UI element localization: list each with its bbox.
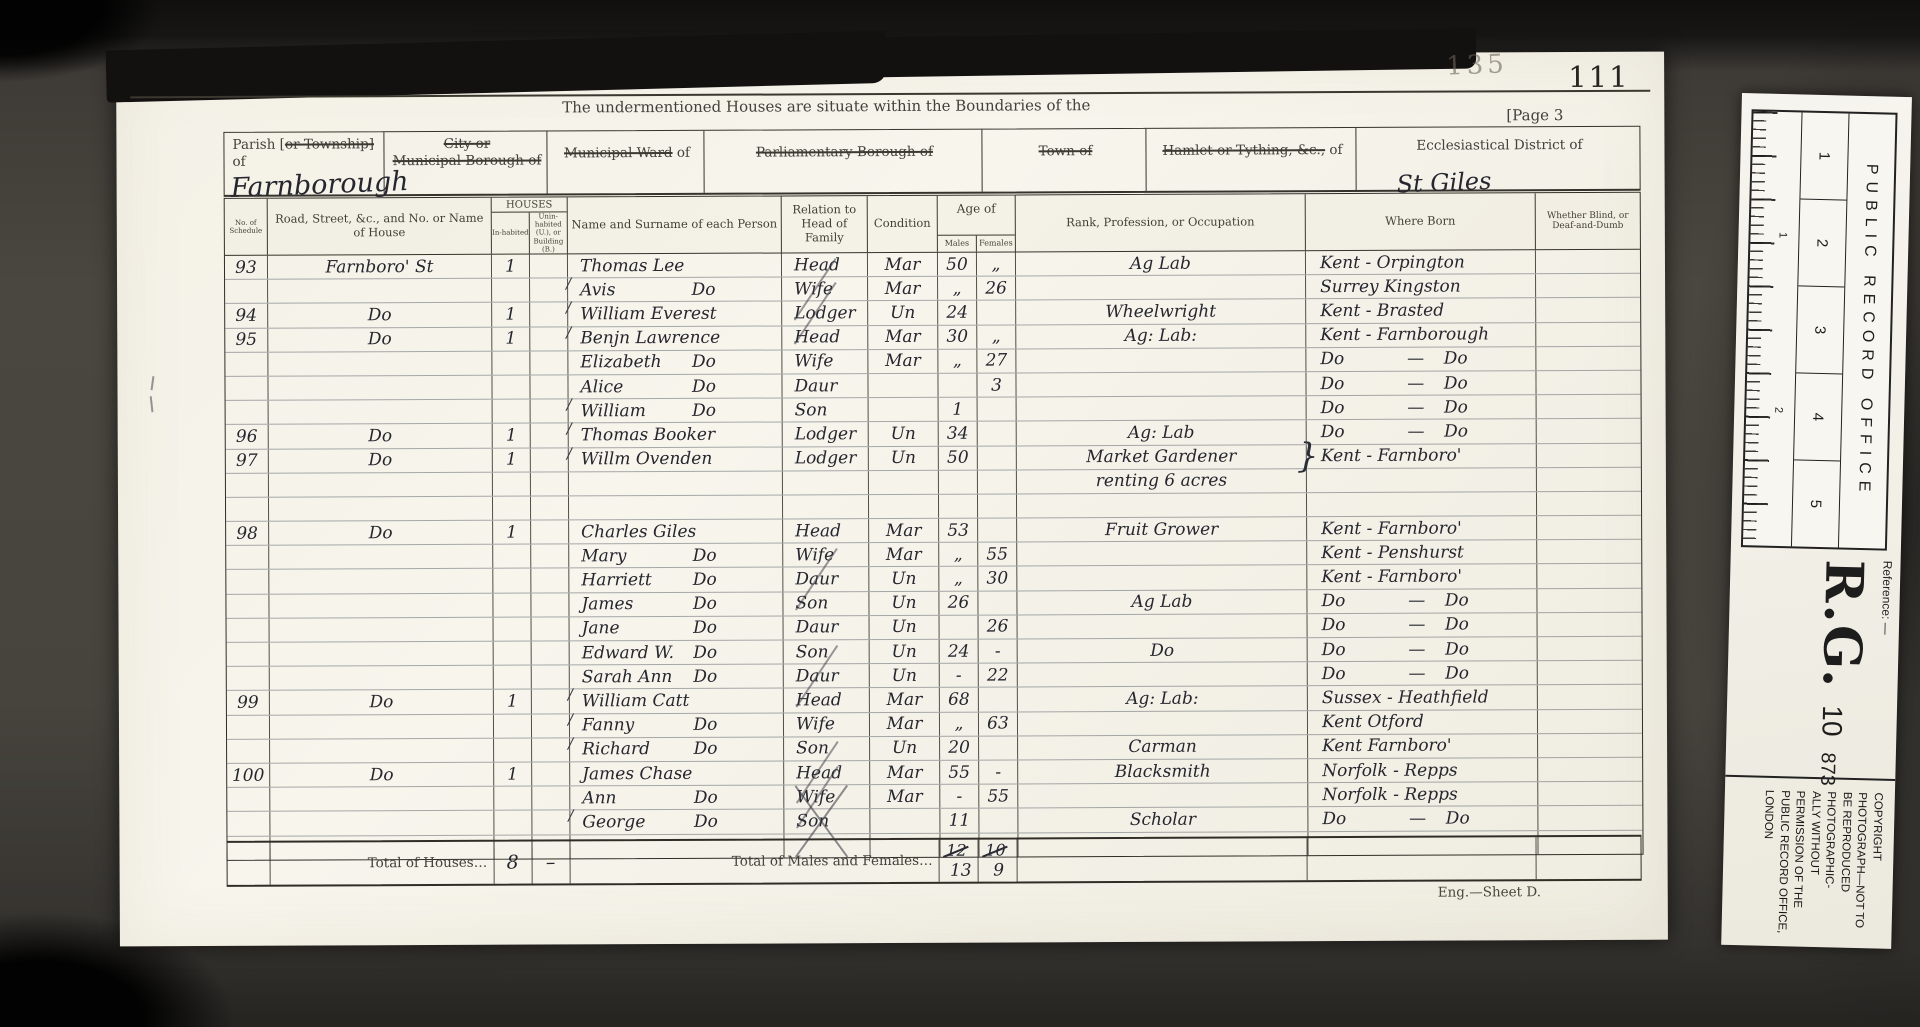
born-value: Surrey Kingston — [1320, 276, 1461, 297]
born-ditto: Do — [1444, 349, 1468, 369]
cell-schedule-number — [227, 667, 270, 690]
cell-uninhabited — [530, 327, 568, 350]
cell-schedule-number — [227, 739, 270, 762]
header-houses: HOUSES — [492, 197, 567, 212]
cell-relation: Head — [782, 253, 868, 277]
cell-inhabited: 1 — [492, 303, 530, 326]
cell-inhabited — [493, 496, 531, 519]
cell-age-female: 55 — [979, 785, 1018, 808]
relation-value: Wife — [795, 545, 834, 565]
cell-road — [269, 545, 493, 569]
inhabited-value: 1 — [505, 256, 516, 276]
cell-name: ∕Willm Ovenden — [569, 447, 783, 471]
cell-name: ∕RichardDo — [570, 737, 784, 761]
person-name: James — [581, 594, 633, 614]
cell-name: Sarah AnnDo — [570, 665, 784, 689]
parliamentary-borough-cell: Parliamentary Borough of — [704, 130, 982, 193]
header-age-group: Age of Males Females — [938, 195, 1016, 251]
cell-blind — [1536, 346, 1640, 370]
cell-where-born: }Kent - Farnboro' — [1307, 444, 1537, 468]
cell-age-female — [978, 446, 1017, 469]
cell-road: Do — [269, 521, 493, 545]
cell-inhabited — [494, 666, 532, 689]
cell-road — [270, 618, 494, 642]
cell-schedule-number — [227, 715, 270, 738]
cell-age-female: - — [979, 639, 1018, 662]
cell-name: ∕Benjn Lawrence — [568, 326, 782, 350]
person-name-ditto: Do — [693, 642, 717, 662]
cell-age-male: „ — [939, 543, 978, 566]
cell-road — [270, 666, 494, 690]
cell-age-female: 3 — [977, 373, 1016, 396]
road-value: Do — [368, 305, 392, 325]
cell-inhabited: 1 — [493, 424, 531, 447]
cell-inhabited: 1 — [493, 521, 531, 544]
cell-relation: Son — [784, 737, 870, 761]
condition-value: Mar — [886, 521, 922, 541]
cell-uninhabited — [531, 448, 569, 471]
occupation-value: Ag: Lab: — [1125, 326, 1197, 346]
census-page: 135 111 The undermentioned Houses are si… — [116, 52, 1668, 947]
born-value: Do — [1321, 422, 1345, 442]
age-male-value: 55 — [948, 762, 970, 782]
cell-where-born: Kent - Farnboro' — [1307, 516, 1537, 540]
person-name: Thomas Lee — [580, 255, 684, 275]
person-name-ditto: Do — [692, 280, 716, 300]
cell-age-female — [978, 519, 1017, 542]
born-value: Norfolk - Repps — [1322, 784, 1457, 805]
ecclesiastical-value: St Giles — [1396, 166, 1492, 200]
cell-where-born — [1307, 468, 1537, 492]
cell-blind — [1536, 274, 1640, 298]
ecclesiastical-label: Ecclesiastical District of — [1416, 137, 1582, 154]
cell-age-male: 24 — [940, 640, 979, 663]
enumeration-table: No. ofSchedule Road, Street, &c., and No… — [224, 192, 1644, 861]
reference-piece: 10 — [1815, 705, 1848, 737]
cell-schedule-number: 95 — [225, 328, 268, 351]
cell-road: Do — [269, 424, 493, 448]
cell-inhabited — [493, 472, 531, 495]
relation-value: Wife — [796, 787, 835, 807]
cell-relation: Son — [783, 592, 869, 616]
cell-road: Do — [270, 763, 494, 787]
header-houses-group: HOUSES In-habited Unin-habited (U.), or … — [492, 197, 568, 253]
cell-condition: Mar — [870, 688, 940, 711]
totals-schedule-cell — [227, 843, 270, 885]
born-ditto: Do — [1445, 591, 1469, 611]
person-name-ditto: Do — [694, 739, 718, 759]
cell-occupation: Ag: Lab: — [1018, 687, 1308, 711]
age-male-value: 1 — [952, 399, 963, 419]
header-uninhabited: Unin-habited (U.), or Building (B.) — [530, 212, 567, 253]
person-name: Jane — [582, 619, 620, 639]
totals-males-struck: 12 — [946, 841, 966, 860]
age-male-value: 53 — [947, 520, 969, 540]
cell-road — [269, 569, 493, 593]
cell-schedule-number: 93 — [225, 256, 268, 279]
age-male-value: 24 — [948, 641, 970, 661]
photograph-of-census-page: { "colors": {"paper": "#f5f2e9", "ink": … — [0, 0, 1920, 1027]
city-borough-cell: City or Municipal Borough of — [384, 132, 547, 195]
cell-occupation — [1018, 662, 1308, 686]
cell-occupation: Market Gardener — [1017, 445, 1307, 469]
cell-relation: Son — [784, 640, 870, 664]
cell-schedule-number: 99 — [227, 691, 270, 714]
cell-uninhabited — [532, 617, 570, 640]
cell-age-male: „ — [938, 349, 977, 372]
cell-road: Farnboro' St — [268, 255, 492, 279]
born-value: Do — [1320, 349, 1344, 369]
cell-blind — [1537, 540, 1641, 564]
relation-value: Son — [796, 642, 829, 662]
cell-inhabited — [493, 569, 531, 592]
born-ditto-dash: — — [1409, 809, 1425, 829]
cell-condition: Mar — [869, 519, 939, 542]
occupation-value: Fruit Grower — [1105, 519, 1218, 539]
cell-inhabited — [492, 279, 530, 302]
born-value: Kent - Penshurst — [1321, 542, 1464, 563]
cell-road — [270, 738, 494, 762]
age-female-value: 3 — [991, 375, 1002, 395]
condition-value: Un — [891, 448, 916, 468]
person-name-ditto: Do — [692, 400, 716, 420]
cell-schedule-number — [225, 377, 268, 400]
cell-name: James Chase — [570, 761, 784, 785]
cell-schedule-number — [226, 546, 269, 569]
cell-uninhabited — [532, 714, 570, 737]
cell-age-female — [978, 591, 1017, 614]
person-name: William Everest — [580, 304, 716, 325]
person-name: Thomas Booker — [581, 425, 715, 446]
condition-value: Mar — [885, 254, 921, 274]
city-label-line1: City or — [444, 136, 491, 152]
cell-name: AnnDo — [570, 786, 784, 810]
road-value: Do — [368, 450, 392, 470]
header-born: Where Born — [1306, 193, 1536, 250]
cell-road — [268, 351, 492, 375]
cell-relation: Daur — [783, 568, 869, 592]
age-female-value: 30 — [986, 569, 1008, 589]
cell-uninhabited — [531, 400, 569, 423]
faint-folio-number: 135 — [1446, 49, 1509, 81]
town-label-struck: Town of — [1039, 143, 1093, 159]
condition-value: Mar — [887, 787, 923, 807]
pro-strip-content: PUBLIC RECORD OFFICE 1 2 3 4 5 1 2 Refer… — [1721, 93, 1912, 949]
cell-road: Do — [269, 448, 493, 472]
header-blind: Whether Blind, or Deaf-and-Dumb — [1536, 193, 1640, 249]
occupation-value: Ag: Lab — [1128, 423, 1195, 443]
cell-blind — [1538, 733, 1642, 757]
age-female-value: - — [995, 762, 1001, 782]
cell-uninhabited — [532, 787, 570, 810]
cell-relation: Head — [783, 519, 869, 543]
cell-age-female — [978, 398, 1017, 421]
totals-houses-value: 8 — [494, 852, 531, 874]
age-male-value: 24 — [946, 303, 968, 323]
relation-value: Son — [795, 593, 828, 613]
age-male-value: 26 — [948, 593, 970, 613]
fine-ruler-number: 2 — [1772, 407, 1784, 413]
cell-condition: Un — [870, 664, 940, 687]
condition-value: Mar — [886, 545, 922, 565]
cell-schedule-number — [227, 619, 270, 642]
occupation-value: Scholar — [1130, 810, 1196, 830]
cell-blind — [1538, 613, 1642, 637]
header-inhabited: In-habited — [492, 213, 530, 254]
header-name: Name and Surname of each Person — [568, 196, 782, 253]
city-label-line2: Municipal Borough of — [393, 152, 542, 169]
condition-value: Un — [892, 666, 917, 686]
cell-name: Charles Giles — [569, 520, 783, 544]
born-ditto-dash: — — [1407, 373, 1423, 393]
cell-schedule-number — [227, 643, 270, 666]
born-value: Do — [1322, 615, 1346, 635]
cell-age-male — [939, 470, 978, 493]
occupation-value: Do — [1150, 640, 1174, 660]
pro-reference-box: Reference: — R.G. 10 873 — [1725, 547, 1901, 781]
cell-age-female: 26 — [977, 277, 1016, 300]
born-ditto-dash: — — [1407, 349, 1423, 369]
cell-where-born: Do—Do — [1308, 806, 1538, 830]
schedule-number: 95 — [235, 330, 257, 350]
born-ditto: Do — [1444, 397, 1468, 417]
born-value: Norfolk - Repps — [1322, 760, 1457, 781]
relation-value: Daur — [794, 376, 837, 396]
cell-age-female: „ — [977, 252, 1016, 275]
cell-where-born: Norfolk - Repps — [1308, 758, 1538, 782]
cell-condition: Un — [870, 737, 940, 760]
header-schedule: No. ofSchedule — [225, 199, 268, 255]
person-name: Avis — [580, 280, 615, 300]
person-name: Willm Ovenden — [581, 449, 713, 470]
cell-where-born: Norfolk - Repps — [1308, 782, 1538, 806]
enumerator-check-mark: ∕ — [567, 396, 572, 414]
cell-occupation — [1016, 348, 1306, 372]
cell-condition: Un — [869, 591, 939, 614]
cell-inhabited — [494, 787, 532, 810]
cell-age-female: „ — [977, 325, 1016, 348]
cell-uninhabited — [532, 811, 570, 834]
cell-age-female: 22 — [979, 664, 1018, 687]
born-value: Do — [1322, 664, 1346, 684]
person-name-ditto: Do — [693, 667, 717, 687]
totals-uninhabited-cell: – — [532, 841, 570, 883]
cell-condition — [870, 809, 940, 832]
cell-inhabited — [494, 642, 532, 665]
cell-blind — [1536, 250, 1640, 274]
cell-blind — [1537, 492, 1641, 516]
cell-road — [269, 497, 493, 521]
cell-schedule-number: 94 — [225, 304, 268, 327]
cell-where-born: Do—Do — [1306, 371, 1536, 395]
cell-relation: Son — [784, 809, 870, 833]
cell-blind — [1537, 395, 1641, 419]
cell-name: MaryDo — [569, 544, 783, 568]
age-male-value: „ — [955, 714, 964, 734]
inhabited-value: 1 — [507, 692, 518, 712]
cell-occupation: Wheelwright — [1016, 300, 1306, 324]
born-ditto-dash: — — [1408, 591, 1424, 611]
cell-occupation: Ag: Lab — [1017, 421, 1307, 445]
cell-age-male: „ — [939, 567, 978, 590]
schedule-number: 99 — [237, 693, 259, 713]
person-name-ditto: Do — [693, 570, 717, 590]
cell-schedule-number — [226, 473, 269, 496]
ward-label-struck: Municipal Ward — [564, 145, 673, 161]
condition-value: Mar — [887, 762, 923, 782]
person-name-ditto: Do — [692, 376, 716, 396]
cell-relation — [783, 471, 869, 495]
born-value: Do — [1321, 398, 1345, 418]
cell-condition: Mar — [870, 761, 940, 784]
condition-value: Un — [892, 738, 917, 758]
cell-occupation: Scholar — [1018, 807, 1308, 831]
cell-relation: Wife — [782, 277, 868, 301]
cell-occupation: Do — [1018, 638, 1308, 662]
ward-label-post: of — [673, 145, 690, 161]
header-occupation: Rank, Profession, or Occupation — [1016, 194, 1306, 251]
born-ditto-dash: — — [1407, 422, 1423, 442]
ruler-number: 4 — [1794, 373, 1842, 461]
cell-where-born: Do—Do — [1306, 347, 1536, 371]
parliamentary-label-struck: Parliamentary Borough of — [756, 144, 933, 161]
condition-value: Un — [891, 593, 916, 613]
cell-road — [270, 642, 494, 666]
cell-blind — [1538, 709, 1642, 733]
reference-series: R.G. — [1810, 559, 1874, 690]
header-relation: Relation to Head of Family — [782, 196, 868, 252]
cell-uninhabited — [532, 738, 570, 761]
cell-inhabited: 1 — [492, 255, 530, 278]
cell-age-male — [938, 374, 977, 397]
photo-dark-band — [716, 28, 1477, 79]
cell-name: ∕WilliamDo — [569, 399, 783, 423]
road-value: Do — [368, 426, 392, 446]
cell-age-female — [979, 736, 1018, 759]
cell-schedule-number: 100 — [227, 764, 270, 787]
person-name: Benjn Lawrence — [580, 328, 720, 349]
occupation-value: renting 6 acres — [1096, 471, 1228, 492]
cell-name: ∕GeorgeDo — [570, 810, 784, 834]
cell-condition — [869, 495, 939, 518]
cell-road — [269, 593, 493, 617]
born-ditto-dash: — — [1408, 639, 1424, 659]
cell-age-male: 68 — [940, 688, 979, 711]
person-name: Charles Giles — [581, 522, 696, 543]
totals-males-cell: 12 13 — [939, 840, 978, 882]
cell-name: AliceDo — [568, 374, 782, 398]
copyright-line: BE REPRODUCED PHOTOGRAPHIC- — [1819, 791, 1854, 940]
cell-inhabited — [493, 593, 531, 616]
cell-relation: Daur — [784, 664, 870, 688]
condition-value: Mar — [885, 327, 921, 347]
cell-inhabited — [494, 738, 532, 761]
cell-name: JaneDo — [570, 616, 784, 640]
born-value: Kent Otford — [1322, 712, 1424, 732]
age-male-value: - — [956, 665, 962, 685]
page-title: The undermentioned Houses are situate wi… — [116, 94, 1536, 118]
cell-condition: Mar — [870, 712, 940, 735]
totals-row: Total of Houses… 8 – Total of Males and … — [226, 835, 1641, 887]
cell-blind — [1537, 419, 1641, 443]
cell-blind — [1537, 588, 1641, 612]
relation-value: Head — [795, 521, 841, 541]
cell-age-female — [979, 688, 1018, 711]
cell-condition: Un — [870, 640, 940, 663]
born-value: Kent - Brasted — [1320, 301, 1444, 322]
cell-road — [270, 714, 494, 738]
cell-schedule-number — [225, 280, 268, 303]
road-value: Do — [370, 765, 394, 785]
cell-relation: Head — [784, 688, 870, 712]
cell-age-male: 24 — [938, 301, 977, 324]
cell-condition: Un — [869, 446, 939, 469]
cell-blind — [1538, 685, 1642, 709]
relation-value: Head — [794, 327, 840, 347]
cell-inhabited — [494, 617, 532, 640]
cell-where-born: Kent Farnboro' — [1308, 734, 1538, 758]
born-ditto: Do — [1446, 808, 1470, 828]
ecclesiastical-district-cell: Ecclesiastical District of St Giles — [1356, 127, 1639, 190]
cell-name: ElizabethDo — [568, 350, 782, 374]
person-name-ditto: Do — [692, 352, 716, 372]
born-value: Do — [1321, 591, 1345, 611]
cell-name: HarriettDo — [569, 568, 783, 592]
cell-where-born: Do—Do — [1308, 613, 1538, 637]
cell-condition: Mar — [868, 277, 938, 300]
relation-value: Daur — [796, 618, 839, 638]
cell-name: Edward W.Do — [570, 640, 784, 664]
occupation-value: Market Gardener — [1086, 447, 1236, 468]
hamlet-label-post: of — [1325, 142, 1342, 158]
road-value: Farnboro' St — [325, 257, 433, 277]
cell-road — [269, 472, 493, 496]
cell-schedule-number — [226, 498, 269, 521]
inhabited-value: 1 — [506, 450, 517, 470]
schedule-number: 98 — [236, 523, 258, 543]
enumerator-check-mark: ∕ — [568, 686, 573, 704]
born-value: Do — [1322, 640, 1346, 660]
person-name: Alice — [580, 377, 623, 397]
parish-label-struck: or Township] — [285, 136, 374, 152]
occupation-value: Ag Lab — [1130, 253, 1191, 273]
cell-inhabited — [493, 400, 531, 423]
age-male-value: „ — [953, 351, 962, 371]
cell-occupation — [1018, 711, 1308, 735]
cell-uninhabited — [531, 569, 569, 592]
cell-age-male — [940, 615, 979, 638]
cell-inhabited: 1 — [493, 448, 531, 471]
age-male-value: 30 — [946, 327, 968, 347]
age-female-value: 55 — [987, 786, 1009, 806]
enumerator-check-mark: ∕ — [566, 323, 571, 341]
parish-cell: Parish [or Township] of Farnborough — [224, 132, 384, 195]
totals-females-value: 9 — [993, 861, 1004, 881]
cell-age-male: - — [940, 664, 979, 687]
totals-males-females-label-cell: Total of Males and Females… — [570, 840, 940, 884]
born-value: Sussex - Heathfield — [1322, 687, 1489, 708]
cell-uninhabited — [532, 666, 570, 689]
person-name: William — [581, 401, 646, 421]
cell-where-born: Kent - Farnborough — [1306, 323, 1536, 347]
inhabited-value: 1 — [507, 764, 518, 784]
cell-blind — [1537, 564, 1641, 588]
inhabited-value: 1 — [506, 426, 517, 446]
ruler-number: 5 — [1792, 460, 1840, 547]
cell-age-male: „ — [940, 712, 979, 735]
road-value: Do — [368, 329, 392, 349]
road-value: Do — [369, 523, 393, 543]
